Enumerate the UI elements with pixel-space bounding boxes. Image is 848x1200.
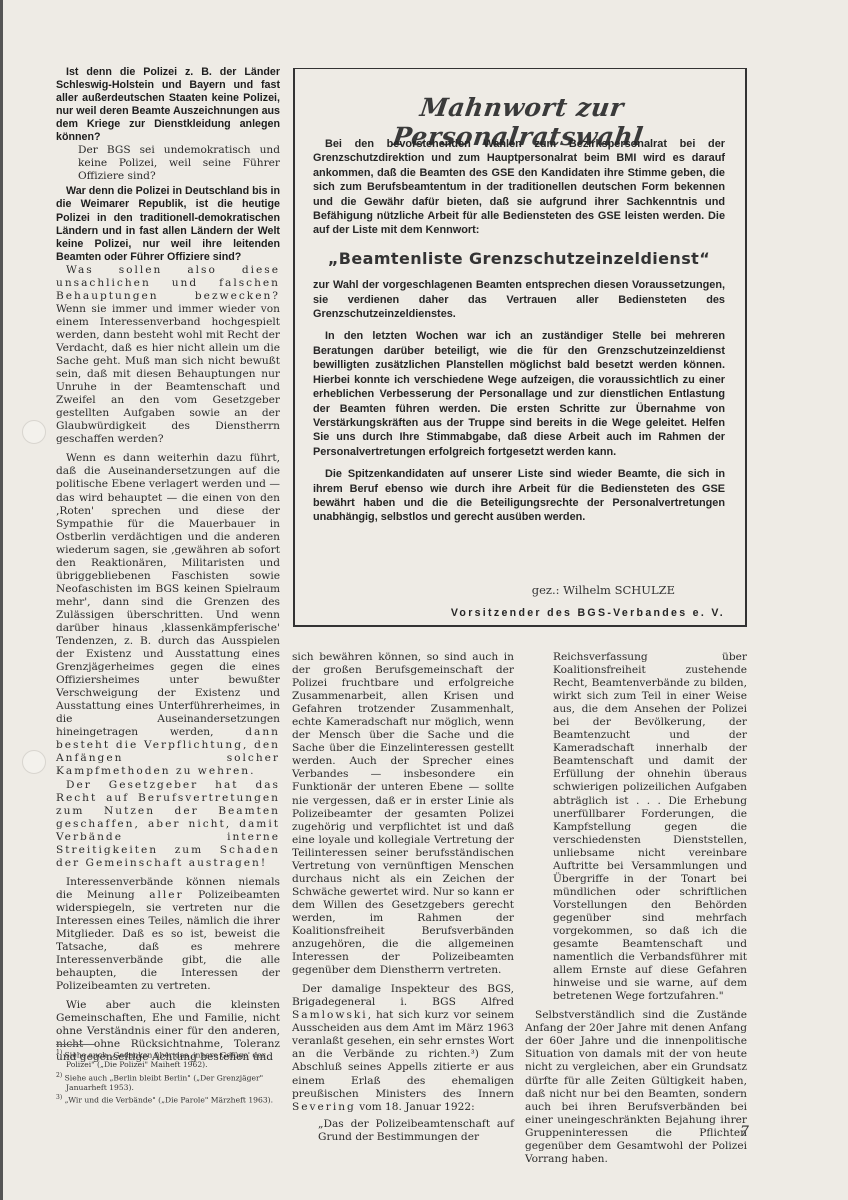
punch-hole	[22, 750, 46, 774]
person-name: Samlowski	[292, 1009, 368, 1021]
claim: Der BGS sei undemokratisch und keine Pol…	[56, 144, 280, 183]
signature-title: Vorsitzender des BGS-Verbandes e. V.	[451, 607, 725, 619]
appeal-paragraph-1: Bei den bevorstehenden Wahlen zum Bezirk…	[313, 137, 725, 238]
appeal-box: Mahnwort zur Personalratswahl Bei den be…	[293, 68, 747, 627]
emphasis-spaced: Was sollen also diese unsachlichen und f…	[56, 264, 280, 302]
footnote-1: 1) Siehe auch „Gedanken über das ‚innere…	[56, 1048, 281, 1070]
footnote-3: 3) „Wir und die Verbände" („Die Parole" …	[56, 1093, 281, 1105]
person-name: Severing	[292, 1101, 356, 1113]
paragraph-3: Der Gesetzgeber hat das Recht auf Berufs…	[56, 779, 280, 870]
question-1: Ist denn die Polizei z. B. der Länder Sc…	[56, 66, 280, 144]
appeal-paragraph-2: zur Wahl der vorgeschlagenen Beamten ent…	[313, 278, 725, 321]
paragraph-6: sich bewähren können, so sind auch in de…	[292, 651, 514, 977]
footnote-2: 2) Siehe auch „Berlin bleibt Berlin" („D…	[56, 1071, 281, 1093]
page-number: 7	[740, 1124, 749, 1140]
appeal-paragraph-3: In den letzten Wochen war ich an zuständ…	[313, 329, 725, 459]
appeal-paragraph-4: Die Spitzenkandidaten auf unserer Liste …	[313, 467, 725, 525]
quote-continuation: Reichsverfassung über Koalitionsfreiheit…	[525, 651, 747, 1003]
paragraph-7: Der damalige Inspekteur des BGS, Brigade…	[292, 983, 514, 1113]
punch-hole	[22, 420, 46, 444]
left-column: Ist denn die Polizei z. B. der Länder Sc…	[56, 66, 280, 1065]
paragraph-1: Was sollen also diese unsachlichen und f…	[56, 264, 280, 447]
list-name: „Beamtenliste Grenzschutzeinzeldienst“	[313, 252, 725, 266]
right-column: Reichsverfassung über Koalitionsfreiheit…	[525, 651, 747, 1166]
footnote-divider	[56, 1044, 96, 1045]
signature: gez.: Wilhelm SCHULZE	[532, 583, 675, 597]
paragraph-4: Interessenverbände können niemals die Me…	[56, 876, 280, 993]
middle-column: sich bewähren können, so sind auch in de…	[292, 651, 514, 1144]
question-2: War denn die Polizei in Deutschland bis …	[56, 185, 280, 263]
appeal-body: Bei den bevorstehenden Wahlen zum Bezirk…	[313, 137, 725, 525]
page-edge	[0, 0, 3, 1200]
paragraph-8: Selbstverständlich sind die Zustände Anf…	[525, 1009, 747, 1166]
emphasis-spaced: aller	[149, 889, 183, 901]
paragraph-2: Wenn es dann weiterhin dazu führt, daß d…	[56, 452, 280, 778]
quote-start: „Das der Polizeibeamtenschaft auf Grund …	[292, 1118, 514, 1144]
footnotes: 1) Siehe auch „Gedanken über das ‚innere…	[56, 1048, 281, 1107]
